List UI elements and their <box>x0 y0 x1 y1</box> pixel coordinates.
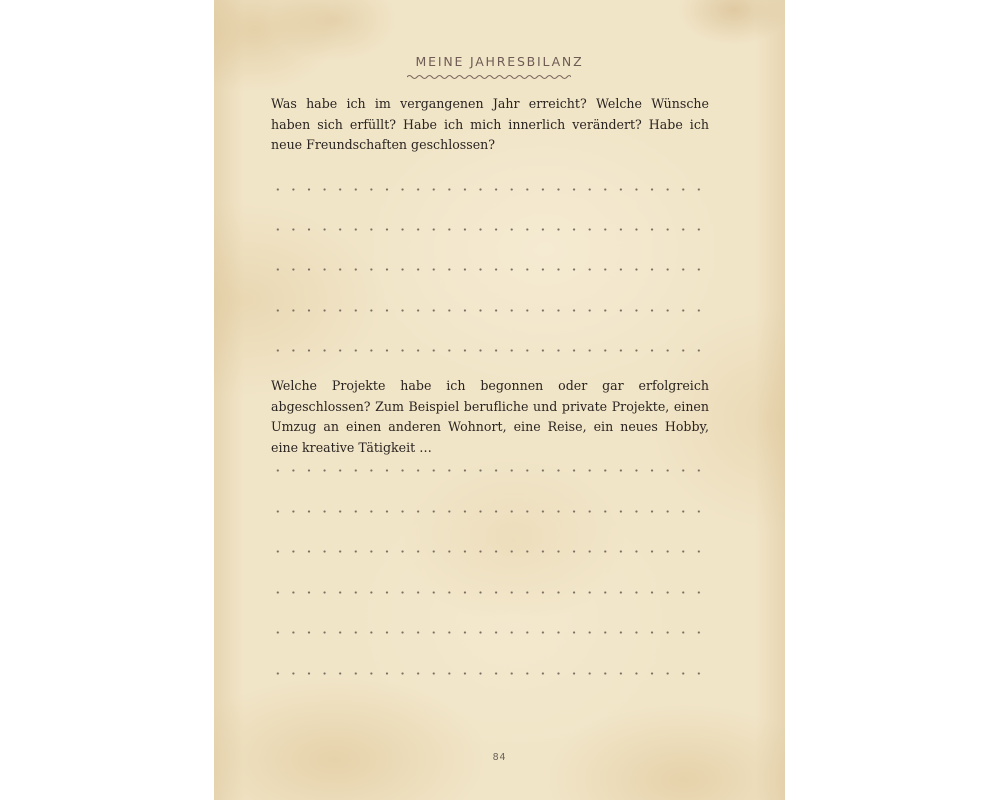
dotted-writing-line[interactable] <box>270 631 712 634</box>
prompt-achievements: Was habe ich im vergangenen Jahr erreich… <box>271 94 709 156</box>
wavy-underline-ornament <box>407 74 571 80</box>
dotted-writing-line[interactable] <box>270 510 712 513</box>
dotted-writing-line[interactable] <box>270 268 712 271</box>
dotted-writing-line[interactable] <box>270 672 712 675</box>
dotted-writing-line[interactable] <box>270 550 712 553</box>
page-title: MEINE JAHRESBILANZ <box>214 54 785 69</box>
dotted-writing-line[interactable] <box>270 469 712 472</box>
dotted-writing-line[interactable] <box>270 591 712 594</box>
prompt-projects: Welche Projekte habe ich begonnen oder g… <box>271 376 709 458</box>
page-number: 84 <box>214 752 785 763</box>
journal-page: MEINE JAHRESBILANZ Was habe ich im verga… <box>214 0 785 800</box>
dotted-writing-line[interactable] <box>270 228 712 231</box>
dotted-writing-line[interactable] <box>270 309 712 312</box>
dotted-writing-line[interactable] <box>270 188 712 191</box>
dotted-writing-line[interactable] <box>270 349 712 352</box>
